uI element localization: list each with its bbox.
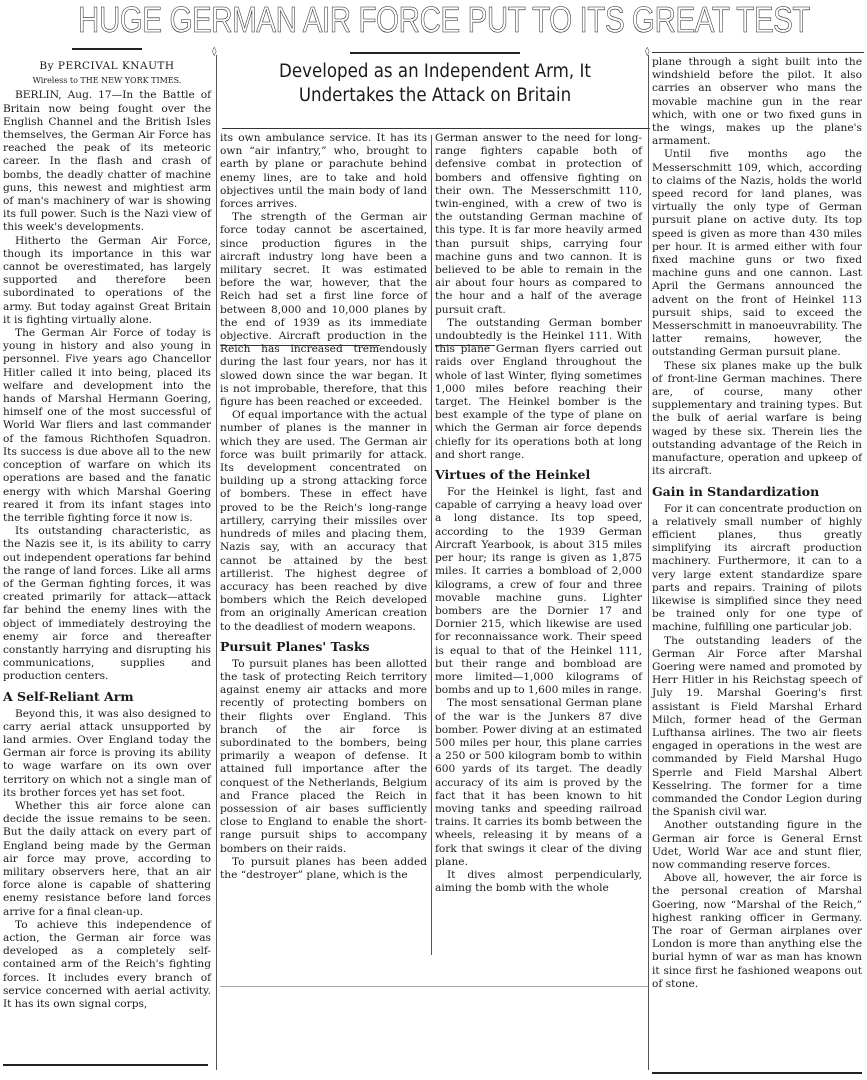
paragraph: Above all, however, the air force is the…	[652, 872, 862, 991]
deck-top-rule	[350, 52, 520, 54]
paragraph: Whether this air force alone can decide …	[3, 800, 211, 919]
deck-line-2: Undertakes the Attack on Britain	[242, 84, 629, 108]
paragraph: To pursuit planes has been added the “de…	[220, 856, 427, 882]
paragraph: These six planes make up the bulk of fro…	[652, 360, 862, 479]
paragraph: For the Heinkel is light, fast and capab…	[435, 486, 642, 697]
byline-rule	[72, 48, 142, 50]
column-divider	[648, 55, 649, 1070]
paragraph: Hitherto the German Air Force, though it…	[3, 235, 211, 327]
subhead: Gain in Standardization	[652, 484, 862, 500]
paragraph: its own ambulance service. It has its ow…	[220, 132, 427, 211]
col4-end-rule	[652, 1072, 862, 1074]
column-divider	[216, 55, 217, 1070]
paragraph: The outstanding leaders of the German Ai…	[652, 635, 862, 820]
column-divider	[431, 135, 432, 955]
paragraph: Of equal importance with the actual numb…	[220, 409, 427, 633]
headline: HUGE GERMAN AIR FORCE PUT TO ITS GREAT T…	[78, 0, 789, 40]
paragraph: German answer to the need for long-range…	[435, 132, 642, 317]
paragraph: BERLIN, Aug. 17—In the Battle of Britain…	[3, 89, 211, 234]
column-2: its own ambulance service. It has its ow…	[220, 132, 427, 882]
column-1: By PERCIVAL KNAUTH Wireless to THE NEW Y…	[3, 42, 211, 1011]
paragraph: For it can concentrate production on a r…	[652, 503, 862, 635]
paragraph: It dives almost perpendicularly, aiming …	[435, 869, 642, 895]
subhead: Virtues of the Heinkel	[435, 467, 642, 483]
paragraph: plane through a sight built into the win…	[652, 56, 862, 148]
col1-end-rule	[3, 1064, 208, 1066]
wire-credit: Wireless to THE NEW YORK TIMES.	[3, 74, 211, 87]
subhead: Pursuit Planes' Tasks	[220, 639, 427, 655]
bottom-rule	[220, 986, 648, 987]
subhead: A Self-Reliant Arm	[3, 689, 211, 705]
paragraph: Another outstanding figure in the German…	[652, 819, 862, 872]
byline: By PERCIVAL KNAUTH	[3, 60, 211, 73]
paragraph: The outstanding German bomber undoubtedl…	[435, 317, 642, 462]
paragraph: The German Air Force of today is young i…	[3, 327, 211, 525]
deck-line-1: Developed as an Independent Arm, It	[242, 60, 629, 84]
paragraph: Beyond this, it was also designed to car…	[3, 708, 211, 800]
paragraph: Until five months ago the Messerschmitt …	[652, 148, 862, 359]
column-3: German answer to the need for long-range…	[435, 132, 642, 895]
col4-top-rule	[652, 52, 864, 53]
deck-bottom-rule	[222, 128, 650, 129]
paragraph: The most sensational German plane of the…	[435, 697, 642, 869]
paragraph: The strength of the German air force tod…	[220, 211, 427, 409]
paragraph: To pursuit planes has been allotted the …	[220, 658, 427, 856]
deck-headline: Developed as an Independent Arm, It Unde…	[242, 60, 629, 108]
paragraph: Its outstanding characteristic, as the N…	[3, 525, 211, 683]
column-4: plane through a sight built into the win…	[652, 56, 862, 991]
paragraph: To achieve this independence of action, …	[3, 919, 211, 1011]
